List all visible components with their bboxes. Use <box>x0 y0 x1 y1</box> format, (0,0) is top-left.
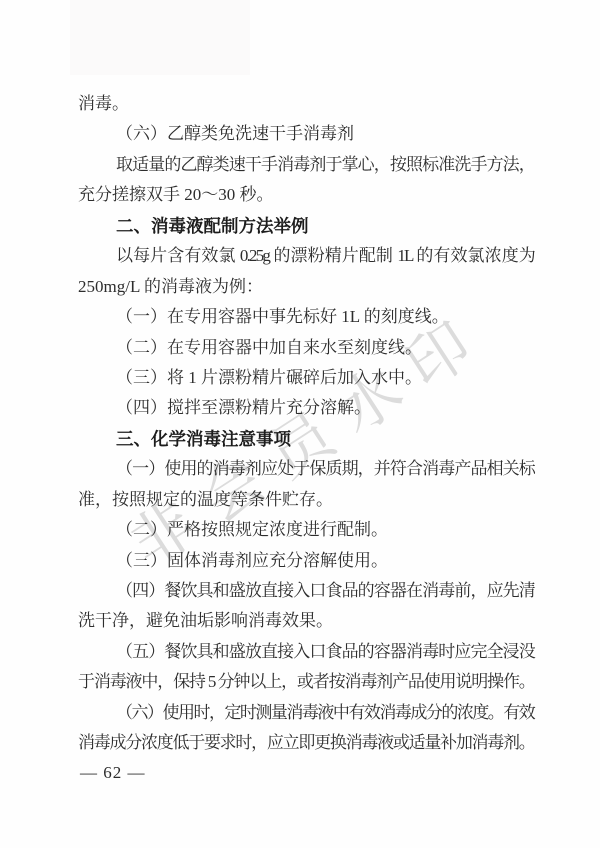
document-body: 消毒。 （六）乙醇类免洗速干手消毒剂 取适量的乙醇类速干手消毒剂于掌心，按照标准… <box>78 89 534 759</box>
list-item-line: （五）餐饮具和盛放直接入口食品的容器消毒时应完全浸没 <box>78 637 534 667</box>
list-item-line: （四）餐饮具和盛放直接入口食品的容器在消毒前，应先清 <box>78 576 534 606</box>
body-line: 以每片含有效氯 0.25g 的漂粉精片配制 1L 的有效氯浓度为 <box>78 241 534 271</box>
section-heading-2: 二、消毒液配制方法举例 <box>78 211 534 241</box>
body-line: 取适量的乙醇类速干手消毒剂于掌心，按照标准洗手方法， <box>78 150 534 180</box>
list-item-line: （六）使用时，定时测量消毒液中有效消毒成分的浓度。有效 <box>78 698 534 728</box>
body-line: 消毒。 <box>78 89 534 119</box>
list-item-line: （三）固体消毒剂应充分溶解使用。 <box>78 546 534 576</box>
list-item-line: （三）将 1 片漂粉精片碾碎后加入水中。 <box>78 363 534 393</box>
body-line: 消毒成分浓度低于要求时，应立即更换消毒液或适量补加消毒剂。 <box>78 728 534 758</box>
list-item-line: （一）使用的消毒剂应处于保质期，并符合消毒产品相关标 <box>78 454 534 484</box>
list-item-line: （二）在专用容器中加自来水至刻度线。 <box>78 333 534 363</box>
scan-artifact <box>70 0 250 75</box>
body-line: 充分搓擦双手 20～30 秒。 <box>78 180 534 210</box>
page-number: — 62 — <box>80 763 146 783</box>
body-line: 准，按照规定的温度等条件贮存。 <box>78 485 534 515</box>
subsection-title: （六）乙醇类免洗速干手消毒剂 <box>78 119 534 149</box>
body-line: 250mg/L 的消毒液为例： <box>78 272 534 302</box>
body-line: 于消毒液中，保持 5 分钟以上，或者按消毒剂产品使用说明操作。 <box>78 667 534 697</box>
list-item-line: （一）在专用容器中事先标好 1L 的刻度线。 <box>78 302 534 332</box>
body-line: 洗干净，避免油垢影响消毒效果。 <box>78 606 534 636</box>
section-heading-3: 三、化学消毒注意事项 <box>78 424 534 454</box>
list-item-line: （四）搅拌至漂粉精片充分溶解。 <box>78 393 534 423</box>
document-page: 非会员水印 消毒。 （六）乙醇类免洗速干手消毒剂 取适量的乙醇类速干手消毒剂于掌… <box>0 0 600 848</box>
list-item-line: （二）严格按照规定浓度进行配制。 <box>78 515 534 545</box>
